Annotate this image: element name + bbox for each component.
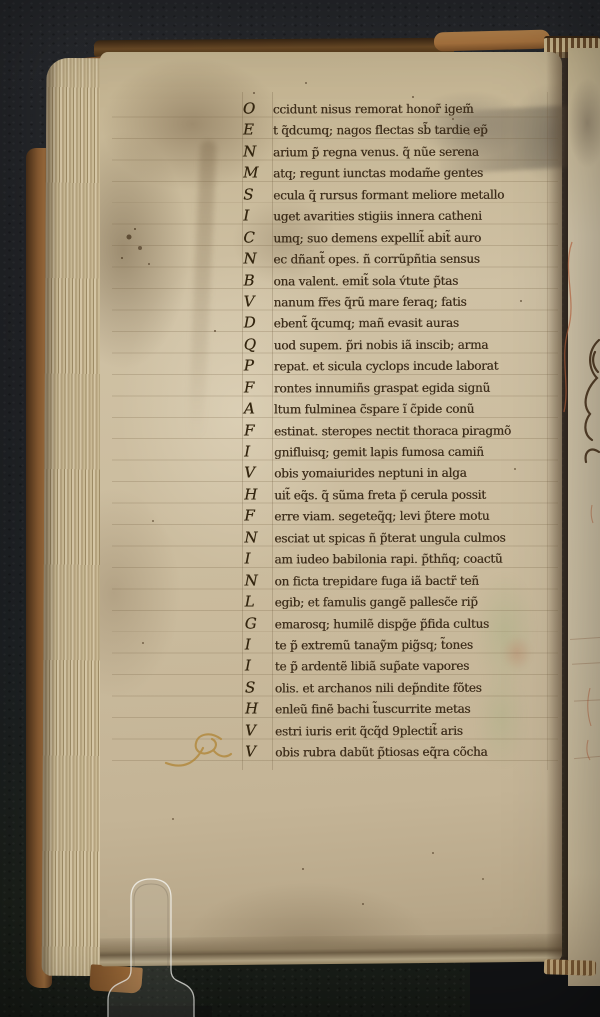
red-ink-squiggle [564,242,572,412]
marks-overlay [0,0,600,1017]
ink-sketch-fragment [585,340,599,462]
yellow-flourish-mark [166,734,231,765]
manuscript-photo: O ccidunt nisus remorat honor̃ igem̃ E t… [0,0,600,1017]
red-edge-marks [587,505,593,760]
page-holder-clip [108,879,194,1017]
